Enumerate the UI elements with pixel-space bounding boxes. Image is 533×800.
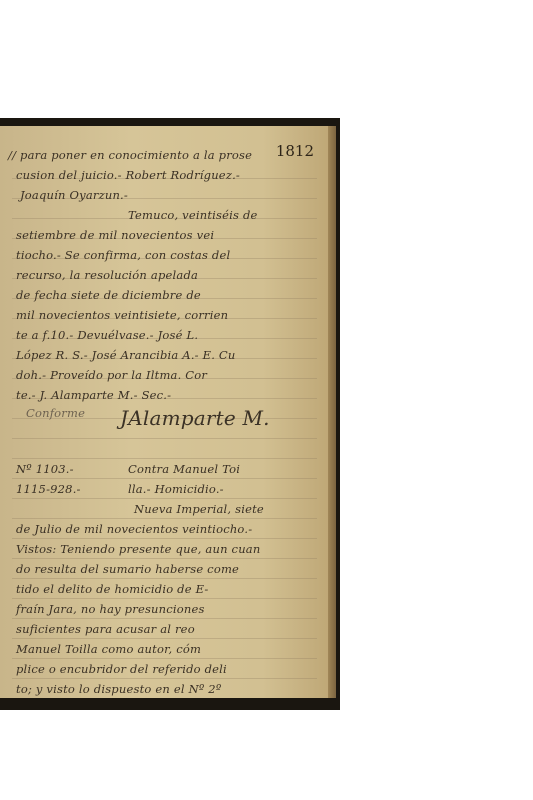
text-line: de Julio de mil novecientos veintiocho.- (16, 522, 252, 536)
page-number: 1812 (276, 142, 314, 160)
entry-ref: 1115-928.- (16, 482, 81, 496)
page-edge (328, 126, 336, 698)
text-line: // para poner en conocimiento a la prose (8, 148, 252, 162)
text-line: doh.- Proveído por la Iltma. Cor (16, 368, 207, 382)
text-line: cusion del juicio.- Robert Rodríguez.- (16, 168, 240, 182)
entry-number: Nº 1103.- (16, 462, 74, 476)
text-line: te.- J. Alamparte M.- Sec.- (16, 388, 171, 402)
text-line: López R. S.- José Arancibia A.- E. Cu (16, 348, 236, 362)
text-line: setiembre de mil novecientos vei (16, 228, 214, 242)
text-line: plice o encubridor del referido deli (16, 662, 227, 676)
text-line: tiocho.- Se confirma, con costas del (16, 248, 230, 262)
text-line: fraín Jara, no hay presunciones (16, 602, 205, 616)
scanned-ledger-page: 1812 // para poner en conocimiento a la … (0, 118, 340, 710)
text-line: to; y visto lo dispuesto en el Nº 2º (16, 682, 221, 696)
signature: JAlamparte M. (120, 406, 270, 430)
text-line: Joaquín Oyarzun.- (20, 188, 128, 202)
entry-title: lla.- Homicidio.- (128, 482, 224, 496)
ledger-paper: 1812 // para poner en conocimiento a la … (0, 126, 328, 698)
text-line: recurso, la resolución apelada (16, 268, 198, 282)
text-line: Manuel Toilla como autor, cóm (16, 642, 201, 656)
text-line: do resulta del sumario haberse come (16, 562, 239, 576)
text-line: Temuco, veintiséis de (128, 208, 258, 222)
entry-title: Contra Manuel Toi (128, 462, 240, 476)
text-line: mil novecientos veintisiete, corrien (16, 308, 228, 322)
conforme-label: Conforme (26, 406, 85, 420)
text-line: Vistos: Teniendo presente que, aun cuan (16, 542, 260, 556)
text-line: tido el delito de homicidio de E- (16, 582, 209, 596)
text-line: de fecha siete de diciembre de (16, 288, 201, 302)
text-line: te a f.10.- Devuélvase.- José L. (16, 328, 198, 342)
text-line: suficientes para acusar al reo (16, 622, 195, 636)
text-line: Nueva Imperial, siete (134, 502, 264, 516)
